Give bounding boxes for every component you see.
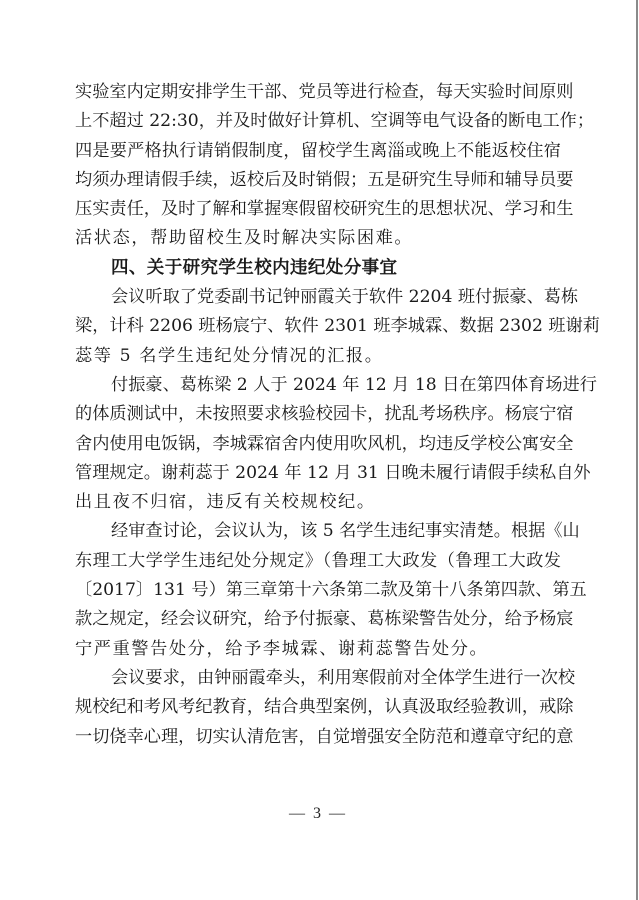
section-heading: 四、关于研究学生校内违纪处分事宜 (75, 254, 561, 283)
page-edge-border (636, 0, 638, 900)
text-line: 四是要严格执行请销假制度，留校学生离淄或晚上不能返校住宿 (75, 137, 561, 166)
text-line: 压实责任，及时了解和掌握寒假留校研究生的思想状况、学习和生 (75, 195, 561, 224)
text-line: 的体质测试中，未按照要求核验校园卡，扰乱考场秩序。杨宸宁宿 (75, 400, 561, 429)
text-line: 会议要求，由钟丽霞牵头，利用寒假前对全体学生进行一次校 (75, 664, 561, 693)
text-line: 付振豪、葛栋梁 2 人于 2024 年 12 月 18 日在第四体育场进行 (75, 371, 561, 400)
document-body: 实验室内定期安排学生干部、党员等进行检查，每天实验时间原则 上不超过 22:30… (75, 78, 561, 752)
text-line: 梁，计科 2206 班杨宸宁、软件 2301 班李城霖、数据 2302 班谢莉 (75, 312, 561, 341)
text-line: 管理规定。谢莉蕊于 2024 年 12 月 31 日晚未履行请假手续私自外 (75, 459, 561, 488)
text-line: 均须办理请假手续，返校后及时销假；五是研究生导师和辅导员要 (75, 166, 561, 195)
text-line: 上不超过 22:30，并及时做好计算机、空调等电气设备的断电工作； (75, 107, 561, 136)
text-line: 舍内使用电饭锅，李城霖宿舍内使用吹风机，均违反学校公寓安全 (75, 430, 561, 459)
text-line: 会议听取了党委副书记钟丽霞关于软件 2204 班付振豪、葛栋 (75, 283, 561, 312)
text-line: 活状态，帮助留校生及时解决实际困难。 (75, 224, 561, 253)
text-line: 宁严重警告处分，给予李城霖、谢莉蕊警告处分。 (75, 635, 561, 664)
text-line: 一切侥幸心理，切实认清危害，自觉增强安全防范和遵章守纪的意 (75, 723, 561, 752)
paragraph-meeting-report: 会议听取了党委副书记钟丽霞关于软件 2204 班付振豪、葛栋 梁，计科 2206… (75, 283, 561, 371)
paragraph-meeting-requirements: 会议要求，由钟丽霞牵头，利用寒假前对全体学生进行一次校 规校纪和考风考纪教育，结… (75, 664, 561, 752)
text-line: 蕊等 5 名学生违纪处分情况的汇报。 (75, 342, 561, 371)
paragraph-dormitory-rules-continued: 实验室内定期安排学生干部、党员等进行检查，每天实验时间原则 上不超过 22:30… (75, 78, 561, 254)
paragraph-violation-details: 付振豪、葛栋梁 2 人于 2024 年 12 月 18 日在第四体育场进行 的体… (75, 371, 561, 517)
text-line: 东理工大学学生违纪处分规定》（鲁理工大政发（鲁理工大政发 (75, 547, 561, 576)
text-line: 经审查讨论，会议认为，该 5 名学生违纪事实清楚。根据《山 (75, 517, 561, 546)
section-heading-text: 四、关于研究学生校内违纪处分事宜 (75, 254, 561, 283)
text-line: 实验室内定期安排学生干部、党员等进行检查，每天实验时间原则 (75, 78, 561, 107)
paragraph-disciplinary-decision: 经审查讨论，会议认为，该 5 名学生违纪事实清楚。根据《山 东理工大学学生违纪处… (75, 517, 561, 663)
text-line: 规校纪和考风考纪教育，结合典型案例，认真汲取经验教训，戒除 (75, 693, 561, 722)
page-number: — 3 — (0, 805, 636, 823)
text-line: 出且夜不归宿，违反有关校规校纪。 (75, 488, 561, 517)
text-line: 款之规定，经会议研究，给予付振豪、葛栋梁警告处分，给予杨宸 (75, 605, 561, 634)
text-line: 〔2017〕131 号）第三章第十六条第二款及第十八条第四款、第五 (75, 576, 561, 605)
